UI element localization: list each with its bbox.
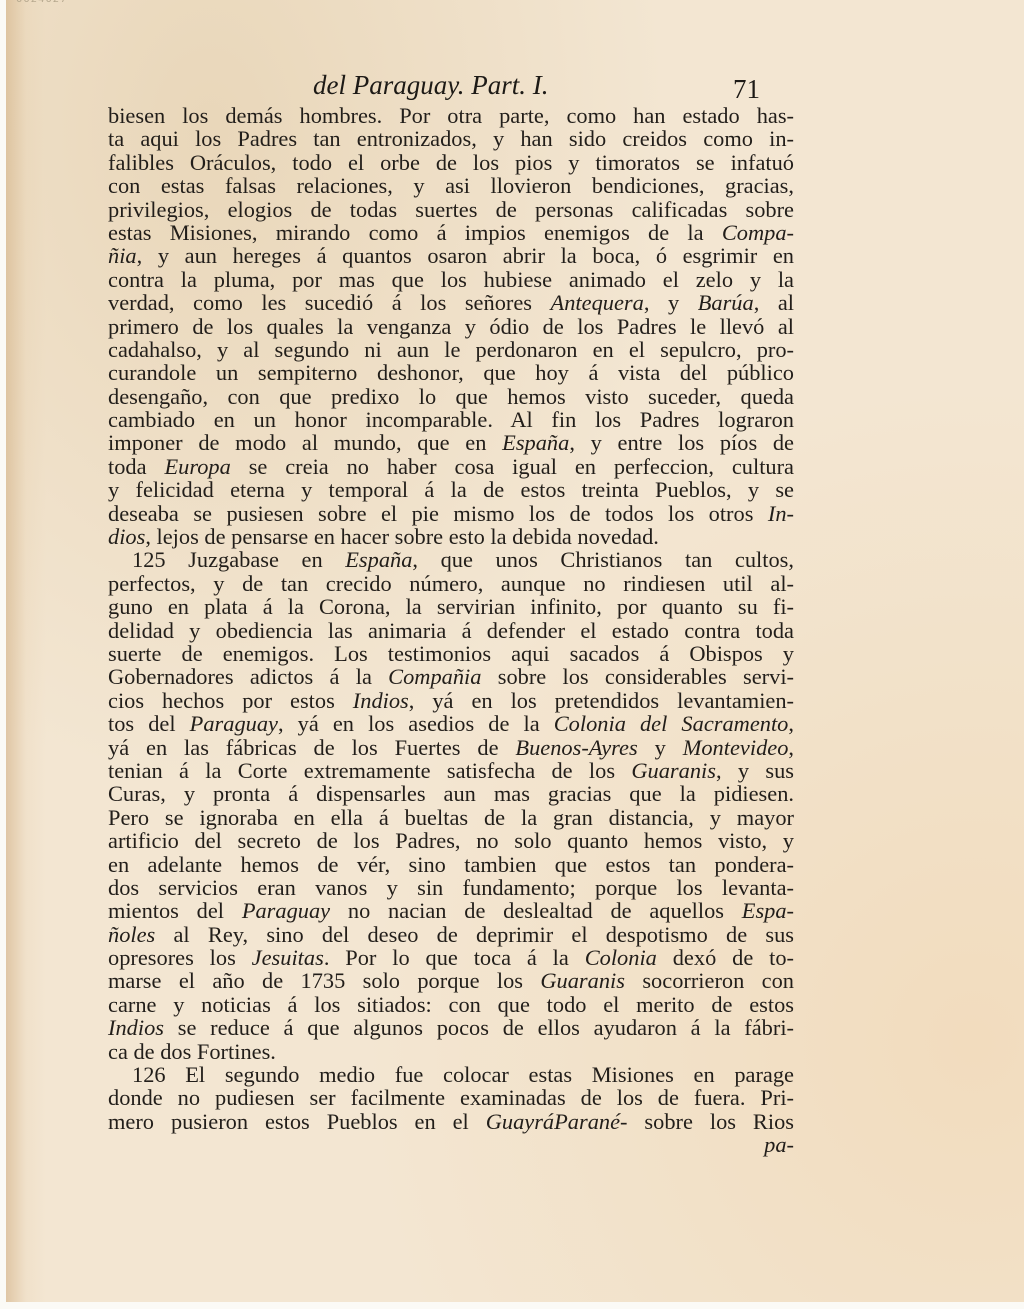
italic-term: dios (108, 524, 145, 549)
text-line: tos del Paraguay, yá en los asedios de l… (108, 712, 794, 735)
text-line: dios, lejos de pensarse en hacer sobre e… (108, 525, 794, 548)
text-run: verdad, como les sucedió á los señores (108, 290, 551, 315)
text-line: cios hechos por estos Indios, yá en los … (108, 689, 794, 712)
text-line: Curas, y pronta á dispensarles aun mas g… (108, 782, 794, 805)
text-line: ñoles al Rey, sino del deseo de deprimir… (108, 923, 794, 946)
text-line: perfectos, y de tan crecido número, aunq… (108, 572, 794, 595)
text-run: sobre los Rios (628, 1109, 795, 1134)
text-line: cadahalso, y al segundo ni aun le perdon… (108, 338, 794, 361)
text-run: estas Misiones, mirando como á impios en… (108, 220, 722, 245)
italic-term: Parané- (554, 1109, 627, 1134)
text-line: en adelante hemos de vér, sino tambien q… (108, 853, 794, 876)
italic-term: Buenos-Ayres (515, 735, 637, 760)
text-line: privilegios, elogios de todas suertes de… (108, 198, 794, 221)
text-run: , yá en los pretendidos levantamien- (409, 688, 794, 713)
text-line: donde no pudiesen ser facilmente examina… (108, 1086, 794, 1109)
text-run: suerte de enemigos. Los testimonios aqui… (108, 641, 794, 666)
text-line: falibles Oráculos, todo el orbe de los p… (108, 151, 794, 174)
italic-term: Guaranis (540, 968, 625, 993)
text-line: deseaba se pusiesen sobre el pie mismo l… (108, 502, 794, 525)
italic-term: Espa- (742, 898, 794, 923)
text-run: guno en plata á la Corona, la servirian … (108, 594, 794, 619)
scan-stamp: 0024027 (16, 0, 68, 5)
text-line: desengaño, con que predixo lo que hemos … (108, 385, 794, 408)
page-header: del Paraguay. Part. I. 71 (313, 70, 773, 106)
text-line: ca de dos Fortines. (108, 1040, 794, 1063)
page-number: 71 (733, 74, 760, 105)
italic-term: España (345, 547, 412, 572)
text-run: delidad y obediencia las animaria á defe… (108, 618, 794, 643)
italic-term: Colonia (585, 945, 657, 970)
text-line: curandole un sempiterno deshonor, que ho… (108, 361, 794, 384)
text-run: , yá en los asedios de la (278, 711, 554, 736)
text-line: delidad y obediencia las animaria á defe… (108, 619, 794, 642)
italic-term: Europa (164, 454, 230, 479)
text-line: 126 El segundo medio fue colocar estas M… (108, 1063, 794, 1086)
italic-term: Guaranis (631, 758, 716, 783)
text-line: estas Misiones, mirando como á impios en… (108, 221, 794, 244)
italic-term: Paraguay (242, 898, 330, 923)
text-line: marse el año de 1735 solo porque los Gua… (108, 969, 794, 992)
text-line: contra la pluma, por mas que los hubiese… (108, 268, 794, 291)
text-run: cios hechos por estos (108, 688, 353, 713)
italic-term: ñia (108, 243, 137, 268)
text-run: , (788, 711, 794, 736)
text-line: primero de los quales la venganza y ódio… (108, 315, 794, 338)
text-run: al Rey, sino del deseo de deprimir el de… (155, 922, 794, 947)
text-run: opresores los (108, 945, 252, 970)
text-run: sobre los considerables servi- (481, 664, 794, 689)
text-run: Curas, y pronta á dispensarles aun mas g… (108, 781, 794, 806)
text-run: se creia no haber cosa igual en perfecci… (231, 454, 794, 479)
italic-term: Antequera (551, 290, 644, 315)
text-run: dexó de to- (657, 945, 794, 970)
text-line: carne y noticias á los sitiados: con que… (108, 993, 794, 1016)
text-line: ta aqui los Padres tan entronizados, y h… (108, 127, 794, 150)
text-run: se reduce á que algunos pocos de ellos a… (164, 1015, 794, 1040)
italic-term: Indios (108, 1015, 164, 1040)
text-line: tenian á la Corte extremamente satisfech… (108, 759, 794, 782)
text-run: , y (644, 290, 698, 315)
text-line: suerte de enemigos. Los testimonios aqui… (108, 642, 794, 665)
text-line: imponer de modo al mundo, que en España,… (108, 431, 794, 454)
text-run: tenian á la Corte extremamente satisfech… (108, 758, 631, 783)
text-line: opresores los Jesuitas. Por lo que toca … (108, 946, 794, 969)
text-run: y felicidad eterna y temporal á la de es… (108, 477, 794, 502)
italic-term: Paraguay (190, 711, 278, 736)
italic-term: Jesuitas (252, 945, 324, 970)
catchword: pa- (108, 1133, 794, 1156)
text-run: , al (754, 290, 794, 315)
text-run: 125 Juzgabase en (132, 547, 345, 572)
text-line: dos servicios eran vanos y sin fundament… (108, 876, 794, 899)
italic-term: In- (768, 501, 794, 526)
text-run: deseaba se pusiesen sobre el pie mismo l… (108, 501, 768, 526)
text-line: y felicidad eterna y temporal á la de es… (108, 478, 794, 501)
text-run: dos servicios eran vanos y sin fundament… (108, 875, 794, 900)
text-run: imponer de modo al mundo, que en (108, 430, 502, 455)
text-line: toda Europa se creia no haber cosa igual… (108, 455, 794, 478)
text-run: toda (108, 454, 164, 479)
text-line: artificio del secreto de los Padres, no … (108, 829, 794, 852)
text-run: , que unos Christianos tan cultos, (412, 547, 794, 572)
text-run: falibles Oráculos, todo el orbe de los p… (108, 150, 794, 175)
text-line: yá en las fábricas de los Fuertes de Bue… (108, 736, 794, 759)
text-run: cadahalso, y al segundo ni aun le perdon… (108, 337, 794, 362)
text-line: verdad, como les sucedió á los señores A… (108, 291, 794, 314)
text-run: mero pusieron estos Pueblos en el (108, 1109, 486, 1134)
text-run: mientos del (108, 898, 242, 923)
text-run: marse el año de 1735 solo porque los (108, 968, 540, 993)
text-line: Gobernadores adictos á la Compañia sobre… (108, 665, 794, 688)
text-line: guno en plata á la Corona, la servirian … (108, 595, 794, 618)
italic-term: Colonia del Sacramento (554, 711, 789, 736)
text-run: desengaño, con que predixo lo que hemos … (108, 384, 794, 409)
text-run: en adelante hemos de vér, sino tambien q… (108, 852, 794, 877)
text-line: mero pusieron estos Pueblos en el Guayrá… (108, 1110, 794, 1133)
italic-term: España (502, 430, 569, 455)
scan-bottom-margin (0, 1302, 1024, 1309)
text-run: privilegios, elogios de todas suertes de… (108, 197, 794, 222)
text-run: , y entre los píos de (569, 430, 794, 455)
text-run: no nacian de deslealtad de aquellos (330, 898, 742, 923)
text-line: Pero se ignoraba en ella á bueltas de la… (108, 806, 794, 829)
text-run: primero de los quales la venganza y ódio… (108, 314, 794, 339)
text-line: cambiado en un honor incomparable. Al fi… (108, 408, 794, 431)
text-run: curandole un sempiterno deshonor, que ho… (108, 360, 794, 385)
text-run: perfectos, y de tan crecido número, aunq… (108, 571, 794, 596)
text-run: artificio del secreto de los Padres, no … (108, 828, 794, 853)
italic-term: Compañia (388, 664, 481, 689)
text-run: con estas falsas relaciones, y asi llovi… (108, 173, 794, 198)
text-run: ta aqui los Padres tan entronizados, y h… (108, 126, 794, 151)
text-run: y (638, 735, 683, 760)
text-line: mientos del Paraguay no nacian de deslea… (108, 899, 794, 922)
text-run: , y aun hereges á quantos osaron abrir l… (137, 243, 794, 268)
italic-term: Guayrá (486, 1109, 554, 1134)
text-line: con estas falsas relaciones, y asi llovi… (108, 174, 794, 197)
text-run: Gobernadores adictos á la (108, 664, 388, 689)
italic-term: Barúa (698, 290, 754, 315)
text-run: biesen los demás hombres. Por otra parte… (108, 103, 794, 128)
text-line: Indios se reduce á que algunos pocos de … (108, 1016, 794, 1039)
text-run: , (788, 735, 794, 760)
text-run: cambiado en un honor incomparable. Al fi… (108, 407, 794, 432)
body-text: biesen los demás hombres. Por otra parte… (108, 104, 794, 1157)
text-run: , lejos de pensarse en hacer sobre esto … (145, 524, 659, 549)
text-run: . Por lo que toca á la (324, 945, 585, 970)
text-run: ca de dos Fortines. (108, 1039, 276, 1064)
text-run: carne y noticias á los sitiados: con que… (108, 992, 794, 1017)
text-run: contra la pluma, por mas que los hubiese… (108, 267, 794, 292)
text-run: 126 El segundo medio fue colocar estas M… (132, 1062, 794, 1087)
text-run: , y sus (716, 758, 794, 783)
italic-term: Montevideo (683, 735, 789, 760)
running-head: del Paraguay. Part. I. (313, 70, 548, 101)
text-line: biesen los demás hombres. Por otra parte… (108, 104, 794, 127)
italic-term: ñoles (108, 922, 155, 947)
italic-term: Compa- (722, 220, 794, 245)
text-run: Pero se ignoraba en ella á bueltas de la… (108, 805, 794, 830)
text-line: 125 Juzgabase en España, que unos Christ… (108, 548, 794, 571)
text-line: ñia, y aun hereges á quantos osaron abri… (108, 244, 794, 267)
text-run: tos del (108, 711, 190, 736)
italic-term: Indios (353, 688, 409, 713)
text-run: socorrieron con (625, 968, 794, 993)
text-run: yá en las fábricas de los Fuertes de (108, 735, 515, 760)
text-run: donde no pudiesen ser facilmente examina… (108, 1085, 794, 1110)
